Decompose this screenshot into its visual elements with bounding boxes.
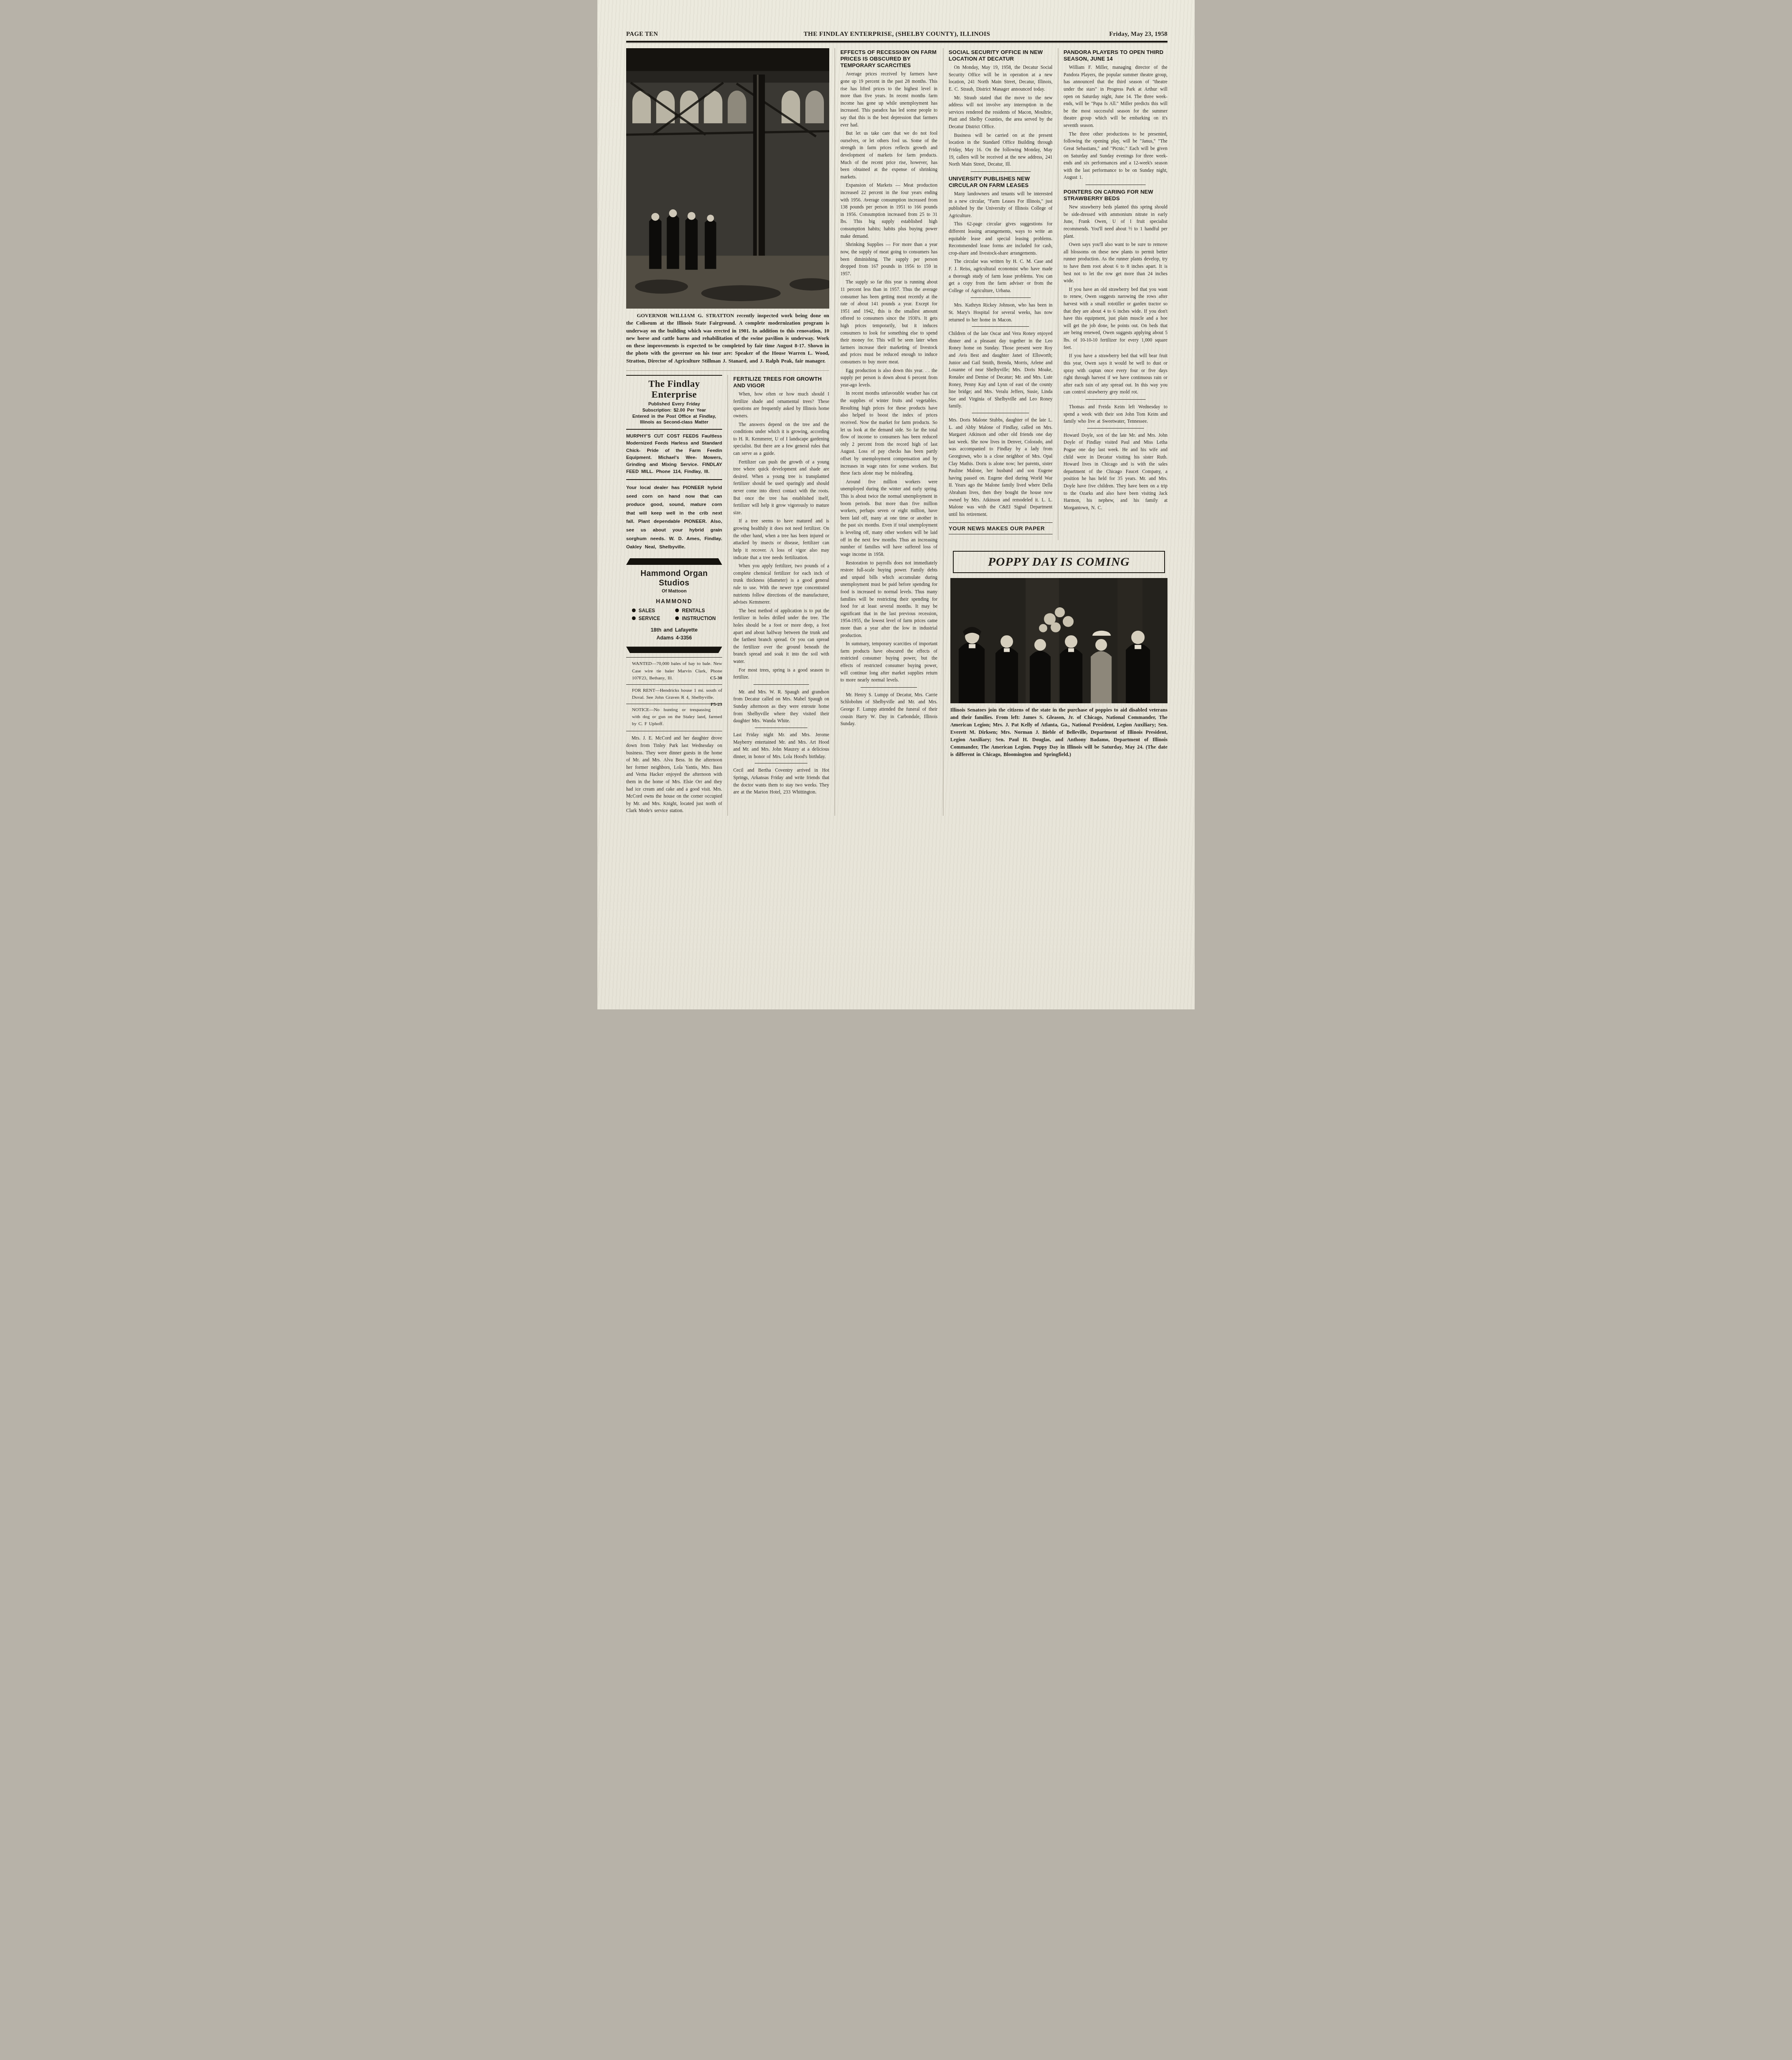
article-paragraph: The supply so far this year is running a… bbox=[840, 279, 938, 365]
news-item: Cecil and Bertha Coventry arrived in Hot… bbox=[733, 763, 829, 796]
social-security-headline: SOCIAL SECURITY OFFICE IN NEW LOCATION A… bbox=[949, 49, 1053, 62]
article-paragraph: This 62-page circular gives suggestions … bbox=[949, 220, 1053, 257]
local-news-col1: Mrs. J. E. McCord and her daughter drove… bbox=[626, 731, 722, 815]
article-paragraph: New strawberry beds planted this spring … bbox=[1064, 204, 1167, 240]
strawberry-article: New strawberry beds planted this spring … bbox=[1064, 204, 1167, 396]
classified-code: P5-23 bbox=[711, 701, 722, 708]
news-item: Mrs. Kathryn Rickey Johnson, who has bee… bbox=[949, 302, 1053, 323]
page-header: PAGE TEN THE FINDLAY ENTERPRISE, (SHELBY… bbox=[626, 30, 1167, 42]
right-section: SOCIAL SECURITY OFFICE IN NEW LOCATION A… bbox=[943, 48, 1167, 816]
recession-headline: EFFECTS OF RECESSION ON FARM PRICES IS O… bbox=[840, 49, 938, 69]
poppy-day-photo bbox=[950, 578, 1167, 703]
local-news-col4: Mrs. Kathryn Rickey Johnson, who has bee… bbox=[949, 302, 1053, 518]
article-paragraph: If you have a strawberry bed that will b… bbox=[1064, 352, 1167, 396]
ad-ribbon-icon bbox=[626, 646, 722, 653]
news-item: Thomas and Freida Keim left Wednesday to… bbox=[1064, 403, 1167, 425]
news-item: Last Friday night Mr. and Mrs. Jerome Ma… bbox=[733, 728, 829, 760]
article-paragraph: Around five million workers were unemplo… bbox=[840, 478, 938, 558]
murphys-feed-ad: MURPHY'S CUT COST FEEDS Faultless Modern… bbox=[626, 430, 722, 480]
poppy-day-ad: POPPY DAY IS COMING bbox=[949, 551, 1167, 758]
bullet-icon bbox=[675, 616, 679, 620]
local-news-col3: Mr. Henry S. Lumpp of Decatur, Mrs. Carr… bbox=[840, 691, 938, 728]
farm-leases-article: Many landowners and tenants will be inte… bbox=[949, 190, 1053, 295]
enterprise-lines: Published Every FridaySubscription: $2.0… bbox=[627, 401, 721, 426]
page-number: PAGE TEN bbox=[626, 31, 658, 38]
classified-ad: FOR RENT—Hendricks house 1 mi. south of … bbox=[626, 684, 722, 701]
article-paragraph: Shrinking Supplies — For more than a yea… bbox=[840, 241, 938, 277]
column-4: SOCIAL SECURITY OFFICE IN NEW LOCATION A… bbox=[949, 48, 1058, 540]
enterprise-line: Entered in the Post Office at Findlay, I… bbox=[627, 414, 721, 426]
news-item: Mr. and Mrs. W. R. Spaugh and grandson f… bbox=[733, 688, 829, 725]
classified-ads: WANTED—70,000 bales of hay to bale. New … bbox=[626, 657, 722, 728]
photo-caption: GOVERNOR WILLIAM G. STRATTON recently in… bbox=[626, 312, 829, 365]
fertilize-article: When, how often or how much should I fer… bbox=[733, 391, 829, 681]
article-paragraph: The circular was written by H. C. M. Cas… bbox=[949, 258, 1053, 294]
news-item: Mrs. J. E. McCord and her daughter drove… bbox=[626, 735, 722, 815]
article-paragraph: Mr. Straub stated that the move to the n… bbox=[949, 94, 1053, 131]
article-paragraph: Egg production is also down this year. .… bbox=[840, 367, 938, 389]
article-paragraph: If a tree seems to have matured and is g… bbox=[733, 517, 829, 561]
poppy-day-photo-art bbox=[950, 578, 1167, 703]
poppy-day-headline: POPPY DAY IS COMING bbox=[953, 551, 1165, 573]
story-divider bbox=[1085, 185, 1146, 185]
farm-leases-headline: UNIVERSITY PUBLISHES NEW CIRCULAR ON FAR… bbox=[949, 176, 1053, 189]
column-5: PANDORA PLAYERS TO OPEN THIRD SEASON, JU… bbox=[1058, 48, 1167, 540]
pandora-headline: PANDORA PLAYERS TO OPEN THIRD SEASON, JU… bbox=[1064, 49, 1167, 62]
coliseum-photo-art bbox=[626, 48, 829, 309]
article-paragraph: In summary, temporary scarcities of impo… bbox=[840, 640, 938, 684]
bullet-icon bbox=[675, 609, 679, 612]
hammond-item: SERVICE bbox=[632, 616, 673, 621]
article-paragraph: Owen says you'll also want to be sure to… bbox=[1064, 241, 1167, 285]
enterprise-title: The Findlay Enterprise bbox=[627, 379, 721, 400]
enterprise-masthead-box: The Findlay Enterprise Published Every F… bbox=[626, 375, 722, 430]
classified-ad: WANTED—70,000 bales of hay to bale. New … bbox=[626, 660, 722, 681]
article-paragraph: Many landowners and tenants will be inte… bbox=[949, 190, 1053, 219]
article-paragraph: Expansion of Markets — Meat production i… bbox=[840, 182, 938, 240]
newspaper-page: PAGE TEN THE FINDLAY ENTERPRISE, (SHELBY… bbox=[597, 0, 1195, 1009]
hammond-phone: Adams 4-3356 bbox=[628, 634, 721, 642]
recession-article: Average prices received by farmers have … bbox=[840, 70, 938, 684]
your-news-banner: YOUR NEWS MAKES OUR PAPER bbox=[949, 522, 1053, 534]
column-1: The Findlay Enterprise Published Every F… bbox=[626, 375, 728, 816]
header-rule bbox=[626, 41, 1167, 42]
enterprise-line: Published Every Friday bbox=[627, 401, 721, 407]
poppy-day-caption: Illinois Senators join the citizens of t… bbox=[950, 707, 1167, 758]
coliseum-photo bbox=[626, 48, 829, 309]
article-paragraph: Restoration to payrolls does not immedia… bbox=[840, 559, 938, 639]
article-paragraph: Average prices received by farmers have … bbox=[840, 70, 938, 129]
left-photo-section: GOVERNOR WILLIAM G. STRATTON recently in… bbox=[626, 48, 835, 816]
pioneer-seed-ad: Your local dealer has PIONEER hybrid see… bbox=[626, 480, 722, 556]
story-divider bbox=[861, 687, 917, 688]
enterprise-line: Subscription: $2.00 Per Year bbox=[627, 407, 721, 414]
hammond-subtitle: Of Mattoon bbox=[628, 589, 721, 594]
social-security-article: On Monday, May 19, 1958, the Decatur Soc… bbox=[949, 64, 1053, 168]
article-paragraph: On Monday, May 19, 1958, the Decatur Soc… bbox=[949, 64, 1053, 93]
fertilize-headline: FERTILIZE TREES FOR GROWTH AND VIGOR bbox=[733, 376, 829, 389]
article-paragraph: The answers depend on the tree and the c… bbox=[733, 421, 829, 457]
issue-date: Friday, May 23, 1958 bbox=[1109, 31, 1167, 38]
news-item: Howard Doyle, son of the late Mr. and Mr… bbox=[1064, 428, 1167, 512]
news-item: Children of the late Oscar and Vera Rone… bbox=[949, 326, 1053, 410]
article-paragraph: Business will be carried on at the prese… bbox=[949, 132, 1053, 168]
strawberry-headline: POINTERS ON CARING FOR NEW STRAWBERRY BE… bbox=[1064, 189, 1167, 202]
story-divider bbox=[971, 297, 1031, 298]
ad-ribbon-icon bbox=[626, 558, 722, 565]
article-paragraph: But let us take care that we do not fool… bbox=[840, 130, 938, 180]
hammond-item: INSTRUCTION bbox=[675, 616, 716, 621]
story-divider bbox=[971, 171, 1031, 172]
column-3: EFFECTS OF RECESSION ON FARM PRICES IS O… bbox=[835, 48, 943, 816]
article-paragraph: The three other productions to be presen… bbox=[1064, 131, 1167, 181]
news-item: Mr. Henry S. Lumpp of Decatur, Mrs. Carr… bbox=[840, 691, 938, 728]
masthead: THE FINDLAY ENTERPRISE, (SHELBY COUNTY),… bbox=[804, 30, 990, 38]
article-paragraph: If you have an old strawberry bed that y… bbox=[1064, 286, 1167, 351]
bullet-icon bbox=[632, 616, 636, 620]
article-paragraph: For most trees, spring is a good season … bbox=[733, 667, 829, 681]
local-news-col2: Mr. and Mrs. W. R. Spaugh and grandson f… bbox=[733, 688, 829, 796]
article-paragraph: In recent months unfavorable weather has… bbox=[840, 390, 938, 477]
hammond-brand: HAMMOND bbox=[628, 598, 721, 604]
story-divider bbox=[753, 684, 809, 685]
article-paragraph: The best method of application is to put… bbox=[733, 607, 829, 665]
article-paragraph: Fertilizer can push the growth of a youn… bbox=[733, 459, 829, 517]
column-2: FERTILIZE TREES FOR GROWTH AND VIGOR Whe… bbox=[728, 375, 829, 816]
news-item: Mrs. Doris Malone Stubbs, daughter of th… bbox=[949, 413, 1053, 518]
bullet-icon bbox=[632, 609, 636, 612]
pandora-article: William F. Miller, managing director of … bbox=[1064, 64, 1167, 181]
hammond-organ-ad: Hammond Organ Studios Of Mattoon HAMMOND… bbox=[626, 558, 722, 653]
hammond-title: Hammond Organ Studios bbox=[628, 569, 721, 588]
hammond-address: 18th and Lafayette bbox=[628, 626, 721, 634]
classified-ad: NOTICE—No hunting or trespassing with do… bbox=[626, 704, 722, 728]
article-paragraph: When you apply fertilizer, two pounds of… bbox=[733, 562, 829, 606]
article-paragraph: William F. Miller, managing director of … bbox=[1064, 64, 1167, 129]
hammond-item: SALES bbox=[632, 608, 673, 613]
hammond-item: RENTALS bbox=[675, 608, 716, 613]
story-divider bbox=[1085, 399, 1146, 400]
local-news-col5: Thomas and Freida Keim left Wednesday to… bbox=[1064, 403, 1167, 512]
classified-code: C5-30 bbox=[710, 675, 722, 682]
article-paragraph: When, how often or how much should I fer… bbox=[733, 391, 829, 419]
